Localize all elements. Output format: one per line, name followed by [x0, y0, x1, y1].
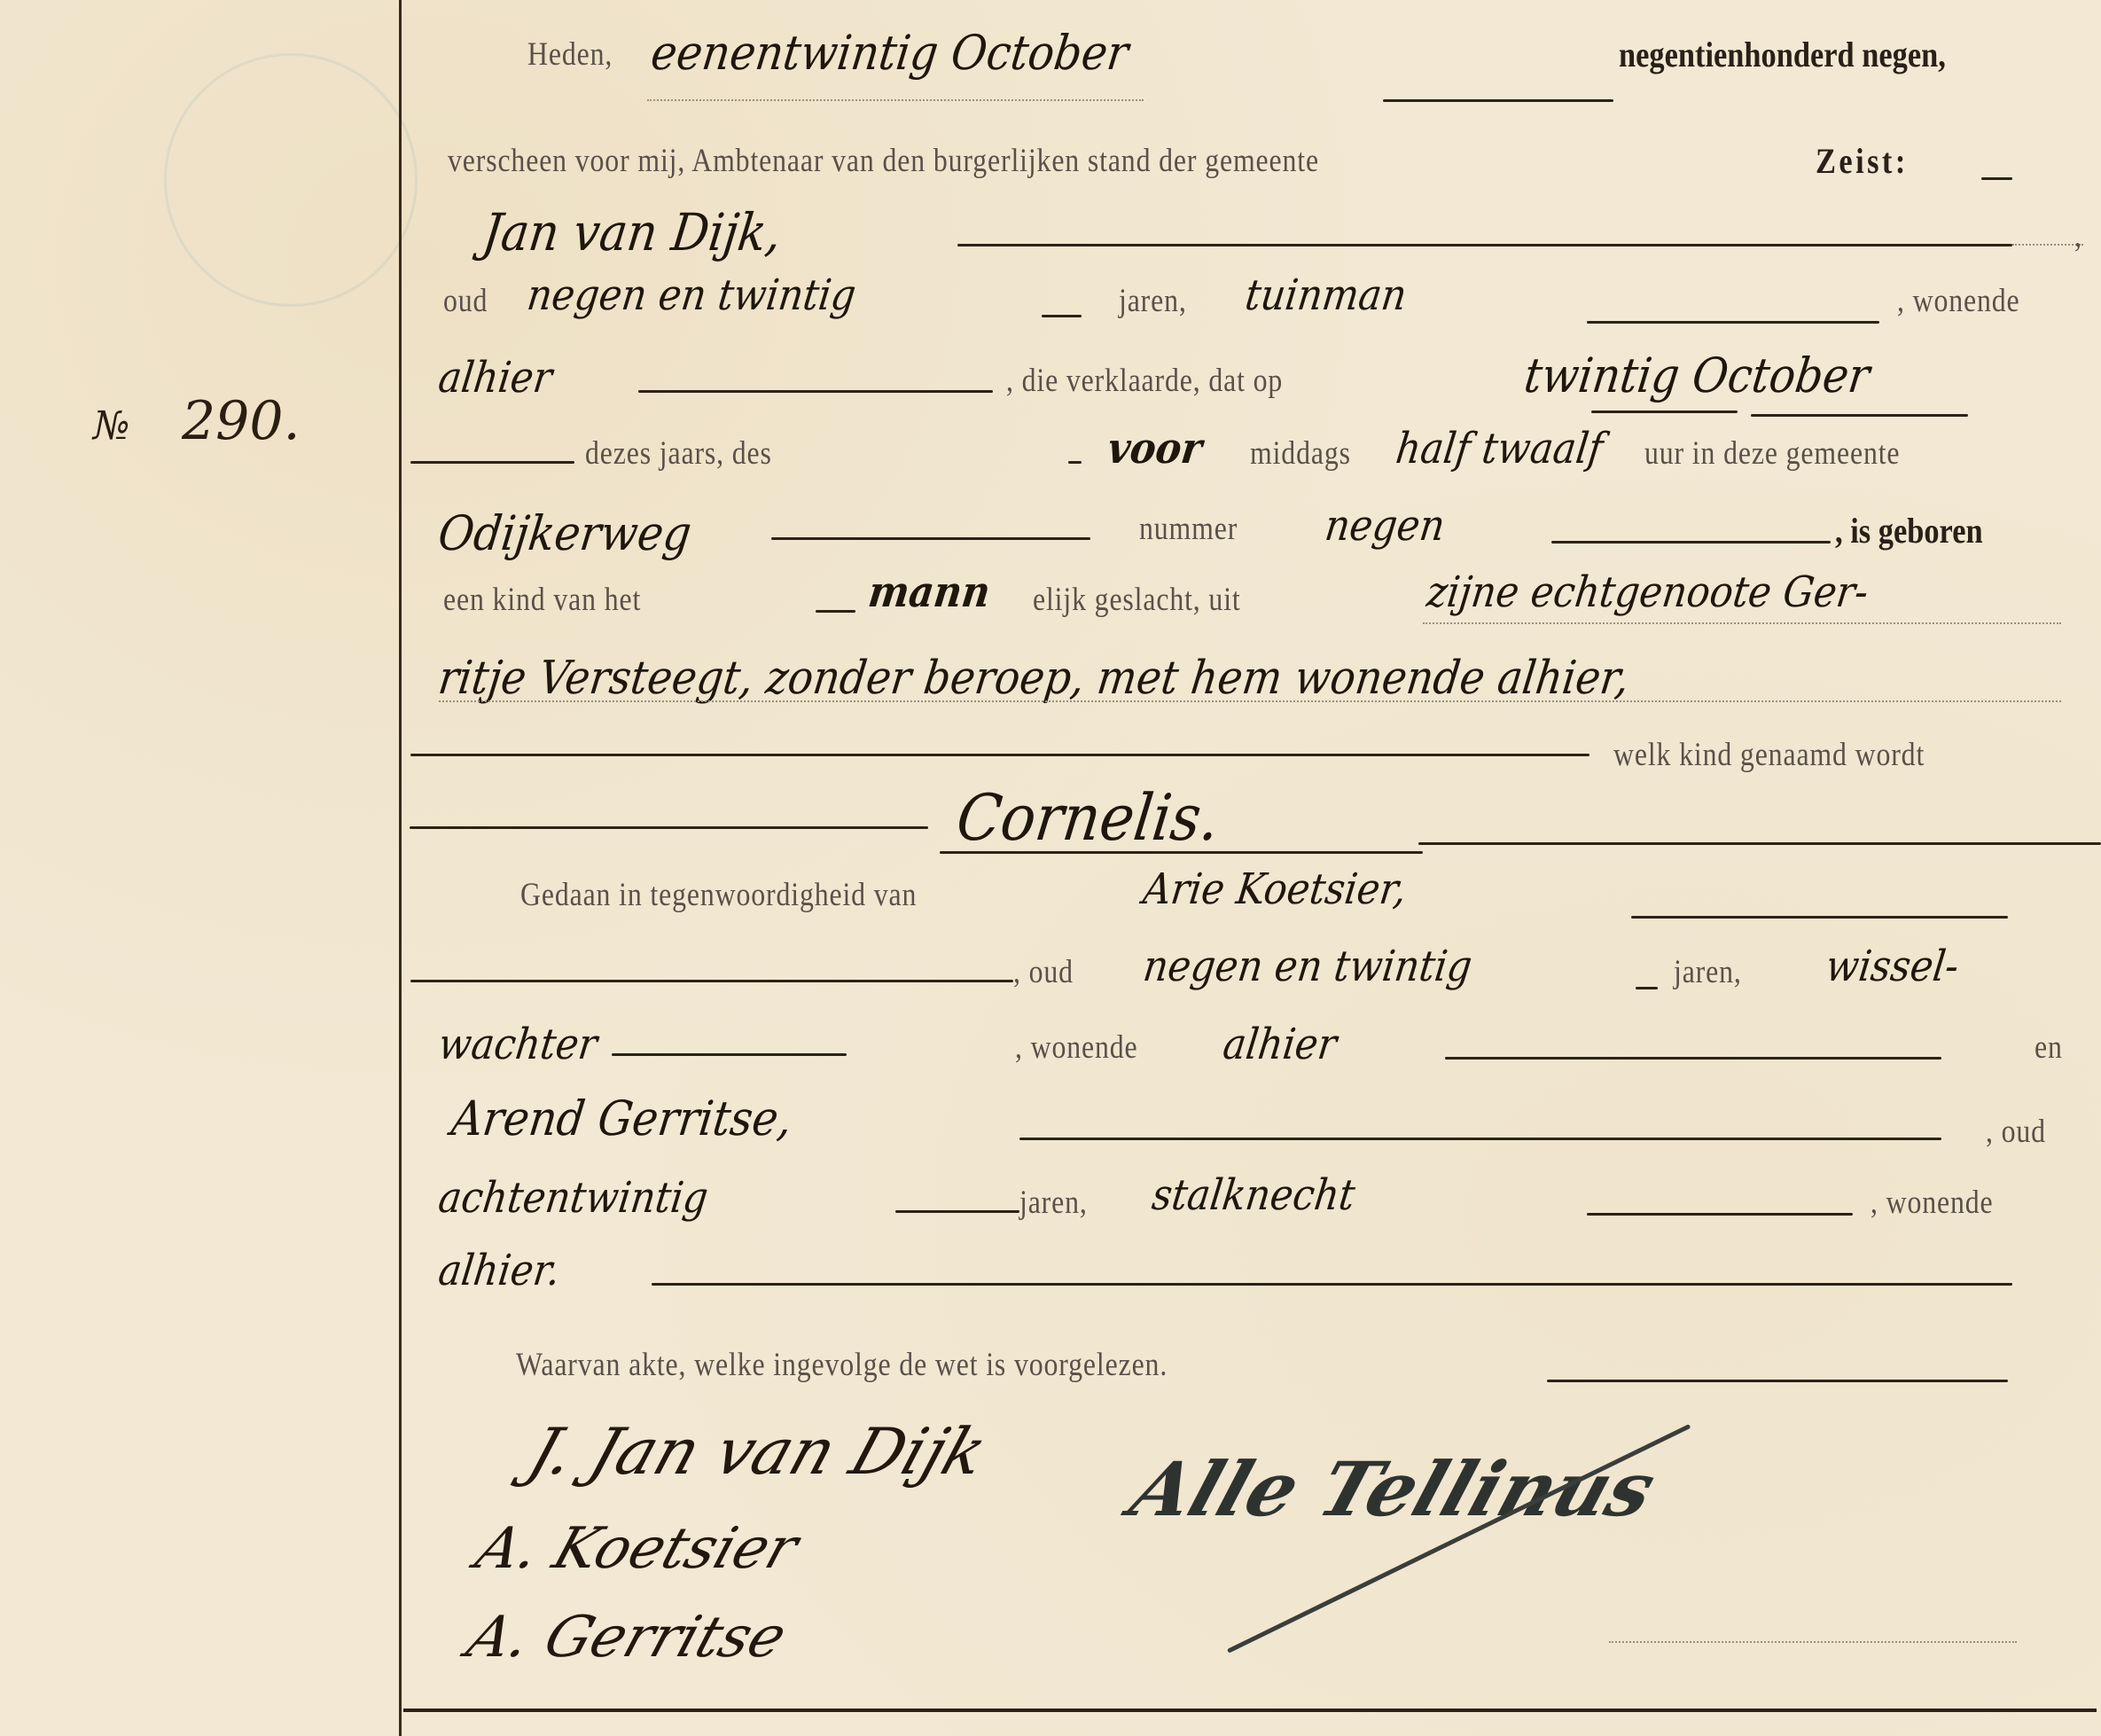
hand-witness-2-occupation: stalknecht — [1149, 1170, 1357, 1220]
hand-residence: alhier — [435, 353, 555, 403]
filler-dash — [1551, 541, 1831, 543]
printed-geboren: , is geboren — [1835, 510, 1983, 551]
signature-registrar: Alle Tellinus — [1121, 1445, 1666, 1533]
hand-house-number: negen — [1322, 501, 1448, 551]
margin-rule — [399, 0, 402, 1736]
filler-dash — [1981, 177, 2012, 180]
dotted-line — [439, 700, 2061, 702]
printed-year: negentienhonderd negen, — [1619, 34, 1946, 75]
filler-dash — [1751, 414, 1968, 417]
bottom-rule — [403, 1709, 2097, 1712]
printed-genaamd: welk kind genaamd wordt — [1613, 736, 1925, 774]
printed-geslacht: elijk geslacht, uit — [1033, 581, 1241, 619]
hand-father-name: Jan van Dijk, — [480, 202, 785, 262]
printed-comma: , — [2074, 217, 2082, 255]
hand-witness-1-occupation-2: wachter — [435, 1020, 599, 1069]
printed-jaren-2: jaren, — [1674, 953, 1742, 991]
hand-witness-2-age: achtentwintig — [435, 1173, 710, 1223]
hand-birth-time: half twaalf — [1393, 424, 1605, 473]
printed-dezes-jaars: dezes jaars, des — [585, 434, 772, 473]
record-number-label: № — [93, 403, 130, 449]
printed-verklaarde: , die verklaarde, dat op — [1006, 362, 1283, 400]
filler-dash — [612, 1053, 847, 1056]
dotted-line — [647, 99, 1144, 101]
filler-dash — [410, 980, 1013, 982]
filler-dash — [1547, 1380, 2008, 1382]
printed-nummer: nummer — [1139, 510, 1238, 548]
dotted-line — [1423, 622, 2061, 624]
dotted-line — [1609, 1641, 2017, 1643]
printed-wonende-3: , wonende — [1871, 1184, 1994, 1222]
hand-birth-date: twintig October — [1521, 348, 1873, 403]
filler-dash — [1591, 411, 1738, 413]
document-page: № 290. Heden, eenentwintig October negen… — [0, 0, 2101, 1736]
filler-dash — [1445, 1057, 1941, 1060]
printed-jaren-3: jaren, — [1019, 1184, 1088, 1222]
printed-waarvan: Waarvan akte, welke ingevolge de wet is … — [516, 1346, 1168, 1384]
printed-verscheen: verscheen voor mij, Ambtenaar van den bu… — [448, 142, 1319, 180]
printed-heden: Heden, — [527, 35, 613, 74]
printed-jaren: jaren, — [1119, 282, 1187, 320]
filler-dash — [816, 610, 855, 613]
filler-dash — [771, 537, 1090, 540]
filler-dash — [1636, 987, 1658, 989]
printed-kind: een kind van het — [443, 581, 641, 619]
filler-dash — [1019, 1138, 1941, 1140]
printed-oud: oud — [443, 282, 488, 320]
printed-uur: uur in deze gemeente — [1644, 434, 1900, 473]
filler-dash — [940, 851, 1423, 854]
filler-dash — [1587, 1213, 1853, 1216]
filler-dash — [652, 1283, 2012, 1286]
filler-dash — [410, 461, 574, 464]
printed-municipality: Zeist: — [1816, 140, 1909, 182]
printed-en: en — [2035, 1028, 2063, 1067]
hand-mother-1: zijne echtgenoote Ger- — [1424, 567, 1871, 617]
hand-father-occupation: tuinman — [1242, 270, 1409, 320]
printed-oud-3: , oud — [1986, 1113, 2046, 1151]
hand-date: eenentwintig October — [648, 25, 1131, 81]
faded-stamp — [164, 53, 418, 307]
record-number: 290. — [182, 390, 301, 452]
hand-voor: voor — [1105, 424, 1205, 473]
hand-street: Odijkerweg — [435, 505, 694, 561]
filler-dash — [410, 826, 928, 829]
printed-wonende: , wonende — [1897, 282, 2020, 320]
filler-dash — [1631, 916, 2008, 919]
hand-witness-1: Arie Koetsier, — [1140, 864, 1409, 914]
filler-dash — [638, 390, 993, 393]
hand-child-name: Cornelis. — [953, 780, 1224, 855]
dotted-line — [2012, 244, 2083, 246]
filler-dash — [1042, 315, 1082, 317]
signature-father: J. Jan van Dijk — [519, 1414, 996, 1489]
hand-father-age: negen en twintig — [524, 270, 858, 320]
signature-witness-2: A. Gerritse — [459, 1605, 794, 1670]
signature-witness-1: A. Koetsier — [468, 1516, 806, 1582]
printed-gedaan: Gedaan in tegenwoordigheid van — [520, 876, 917, 914]
filler-dash — [1587, 321, 1879, 324]
filler-dash — [1383, 99, 1596, 102]
printed-middags: middags — [1250, 434, 1351, 473]
printed-wonende-2: , wonende — [1015, 1028, 1138, 1067]
hand-witness-1-occupation-1: wissel- — [1823, 942, 1961, 991]
filler-dash — [410, 754, 1589, 756]
hand-gender: mann — [865, 567, 993, 617]
hand-witness-2: Arend Gerritse, — [449, 1091, 795, 1146]
hand-witness-2-residence: alhier. — [435, 1246, 563, 1295]
printed-oud-2: , oud — [1013, 953, 1074, 991]
hand-witness-1-age: negen en twintig — [1140, 942, 1474, 991]
filler-dash — [895, 1210, 1019, 1213]
filler-dash — [1418, 842, 2101, 845]
hand-witness-1-residence: alhier — [1220, 1020, 1339, 1069]
hand-mother-2: ritje Versteegt, zonder beroep, met hem … — [435, 652, 1632, 705]
filler-dash — [957, 244, 2012, 246]
filler-dash — [1068, 461, 1082, 464]
